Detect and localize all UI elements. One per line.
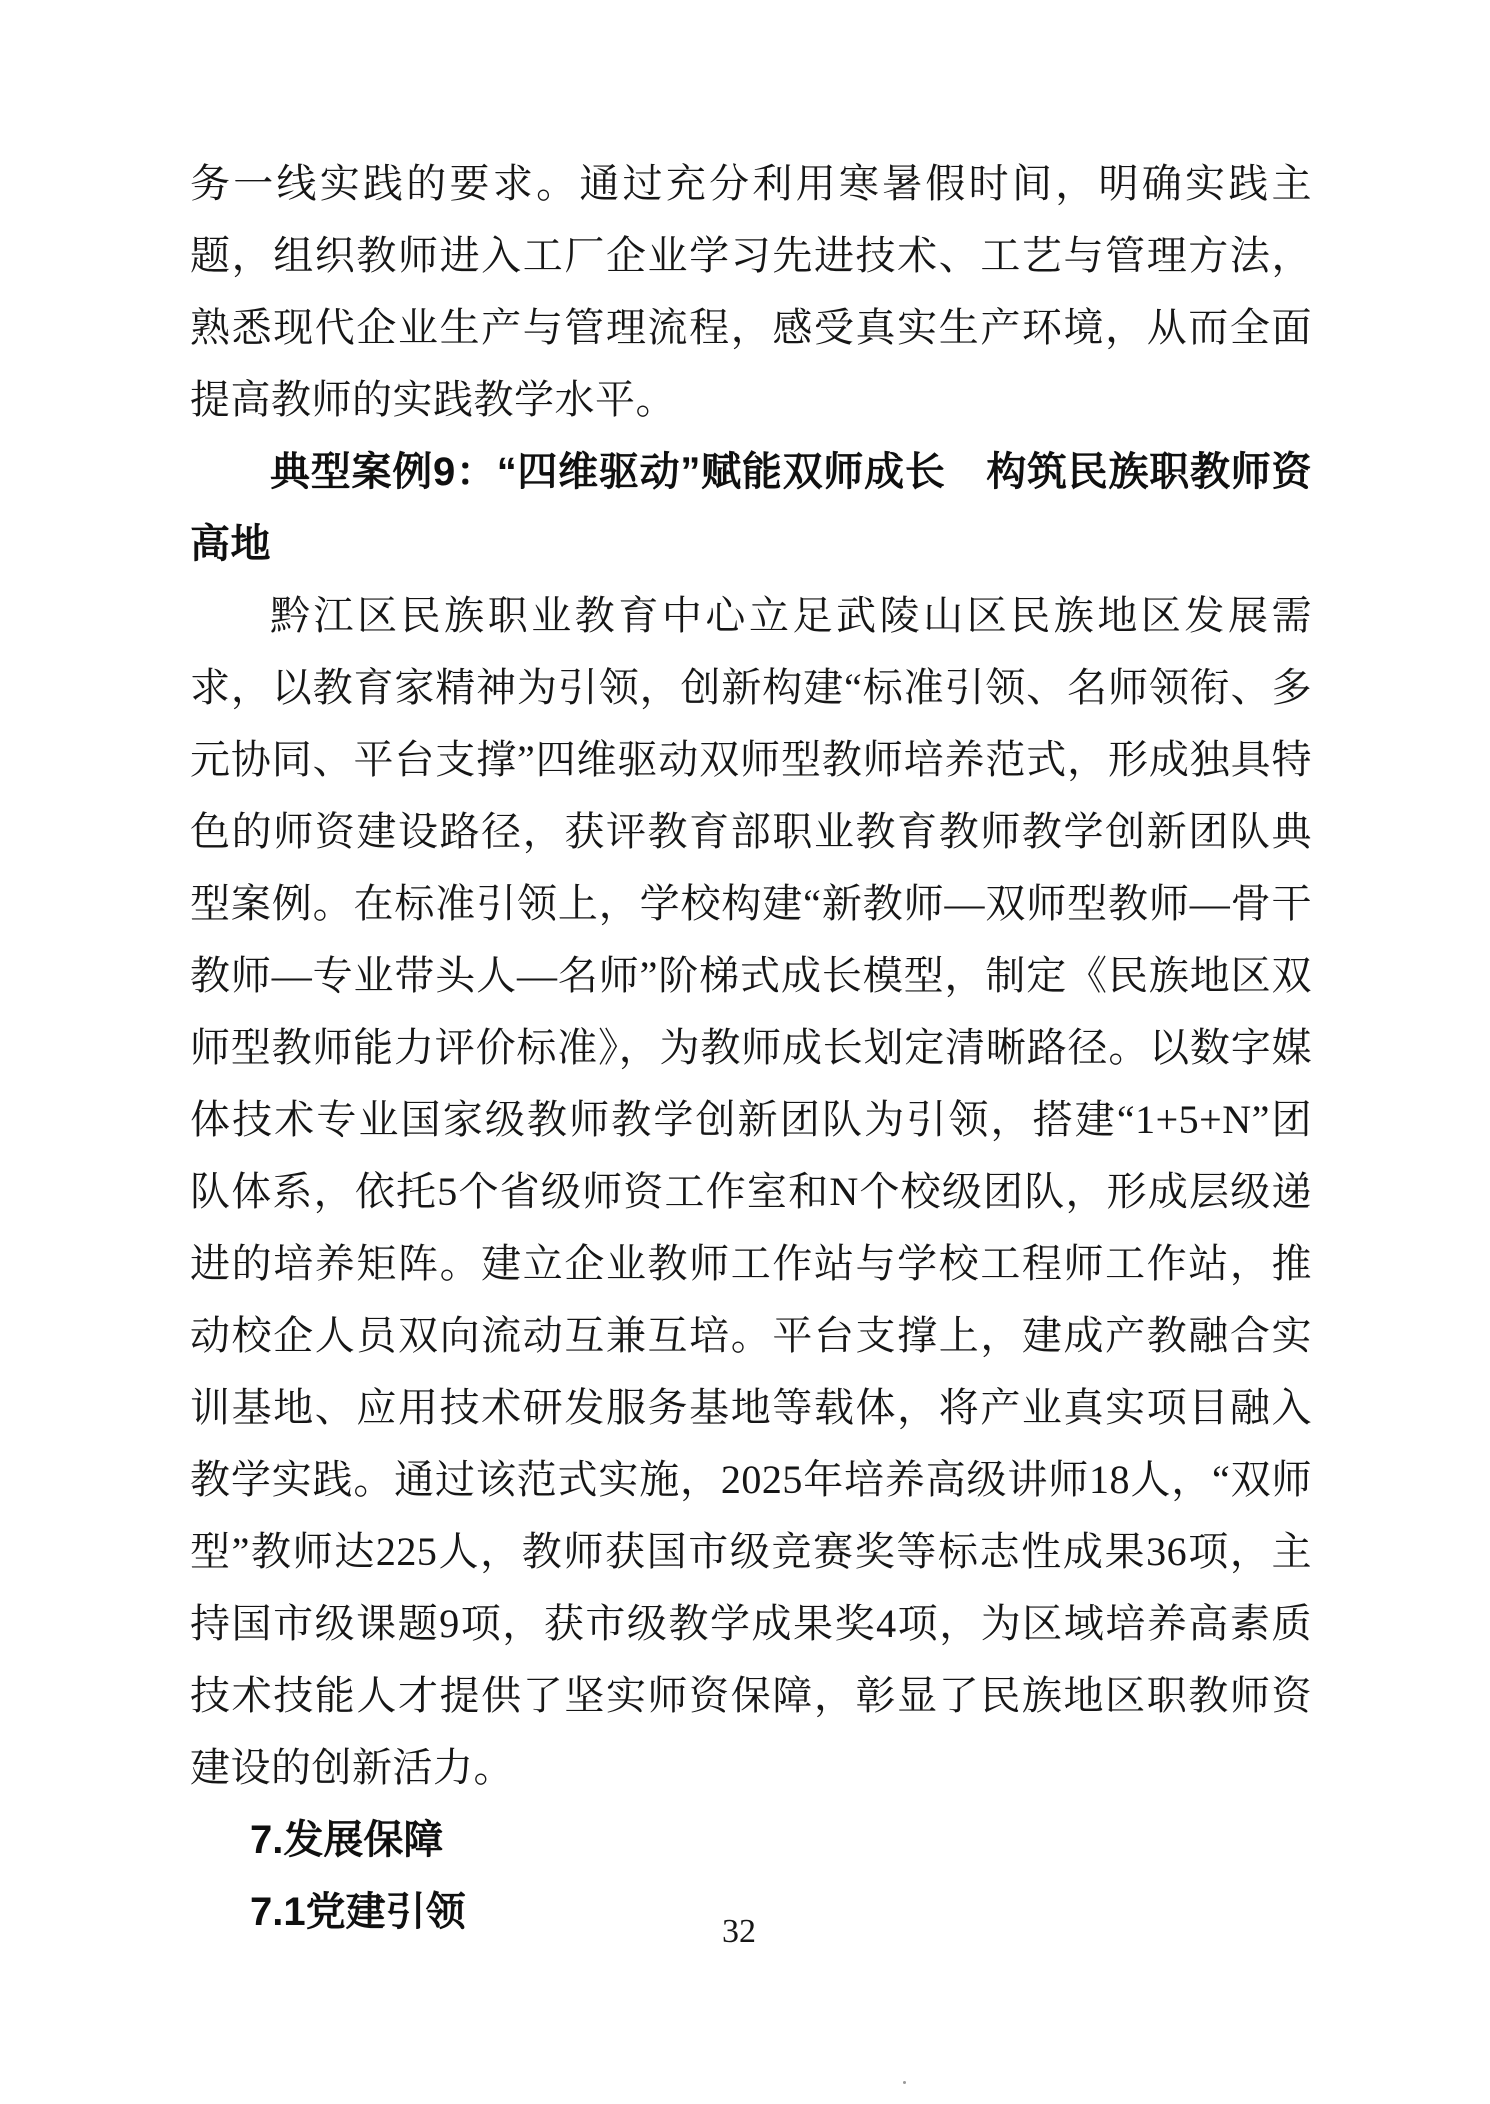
paragraph-practice-training: 务一线实践的要求。通过充分利用寒暑假时间，明确实践主题，组织教师进入工厂企业学习… [190,148,1312,436]
page-content: 务一线实践的要求。通过充分利用寒暑假时间，明确实践主题，组织教师进入工厂企业学习… [190,148,1312,1948]
scan-artifact-speck [903,2081,906,2084]
page-footer: 32 [0,1908,1490,1956]
section-7-heading: 7.发展保障 [190,1804,1312,1876]
paragraph-case-study-9: 黔江区民族职业教育中心立足武陵山区民族地区发展需求，以教育家精神为引领，创新构建… [190,580,1312,1804]
case-study-9-heading: 典型案例9：“四维驱动”赋能双师成长 构筑民族职教师资高地 [190,436,1312,580]
page-number: 32 [722,1908,756,1956]
document-page: 务一线实践的要求。通过充分利用寒暑假时间，明确实践主题，组织教师进入工厂企业学习… [0,0,1490,2104]
